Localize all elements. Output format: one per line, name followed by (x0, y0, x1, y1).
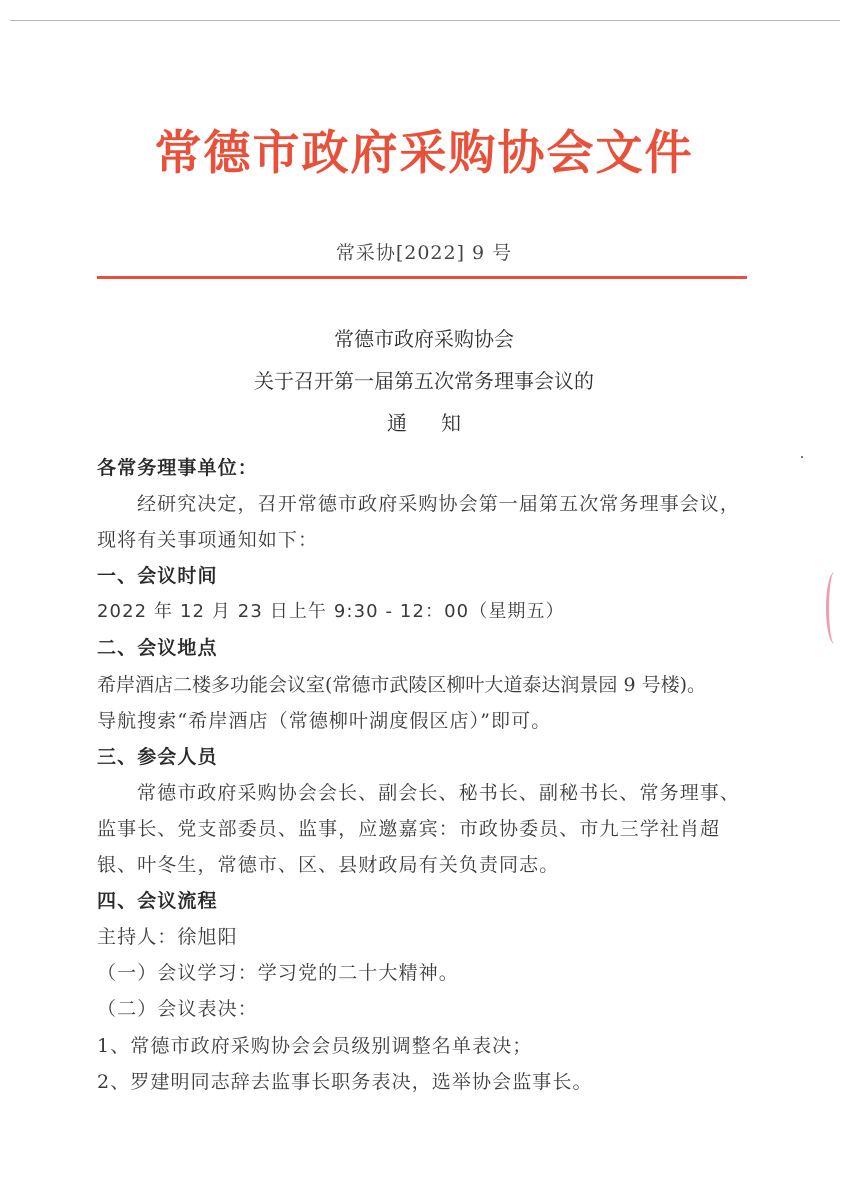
agenda-vote-item-1: 1、常德市政府采购协会会员级别调整名单表决； (97, 1028, 749, 1064)
meeting-location-text: 希岸酒店二楼多功能会议室(常德市武陵区柳叶大道泰达润景园 9 号楼)。 (97, 667, 749, 703)
notice-title-organization: 常德市政府采购协会 (0, 324, 848, 354)
document-number: 常采协[2022] 9 号 (0, 238, 848, 268)
salutation: 各常务理事单位： (97, 450, 749, 486)
notice-title-subject: 关于召开第一届第五次常务理事会议的 (0, 366, 848, 396)
navigation-hint-text: 导航搜索“希岸酒店（常德柳叶湖度假区店）”即可。 (97, 703, 749, 739)
section-heading-location: 二、会议地点 (97, 630, 749, 666)
meeting-time-text: 2022 年 12 月 23 日上午 9:30 - 12：00（星期五） (97, 594, 749, 630)
notice-body: 各常务理事单位： 经研究决定，召开常德市政府采购协会第一届第五次常务理事会议，现… (97, 450, 749, 1100)
section-heading-time: 一、会议时间 (97, 558, 749, 594)
red-separator-rule (97, 276, 747, 279)
scan-speck (801, 456, 803, 458)
seal-edge-mark (826, 572, 843, 644)
agenda-item-study: （一）会议学习：学习党的二十大精神。 (97, 955, 749, 991)
document-red-header-title: 常德市政府采购协会文件 (0, 124, 848, 184)
section-heading-attendees: 三、参会人员 (97, 739, 749, 775)
notice-title-type: 通知 (0, 408, 848, 438)
section-heading-agenda: 四、会议流程 (97, 883, 749, 919)
agenda-vote-item-2: 2、罗建明同志辞去监事长职务表决，选举协会监事长。 (97, 1064, 749, 1100)
agenda-item-vote: （二）会议表决： (97, 991, 749, 1027)
attendees-paragraph: 常德市政府采购协会会长、副会长、秘书长、副秘书长、常务理事、监事长、党支部委员、… (97, 775, 749, 883)
intro-paragraph: 经研究决定，召开常德市政府采购协会第一届第五次常务理事会议，现将有关事项通知如下… (97, 486, 749, 558)
agenda-host: 主持人：徐旭阳 (97, 919, 749, 955)
page-top-edge (10, 20, 840, 21)
